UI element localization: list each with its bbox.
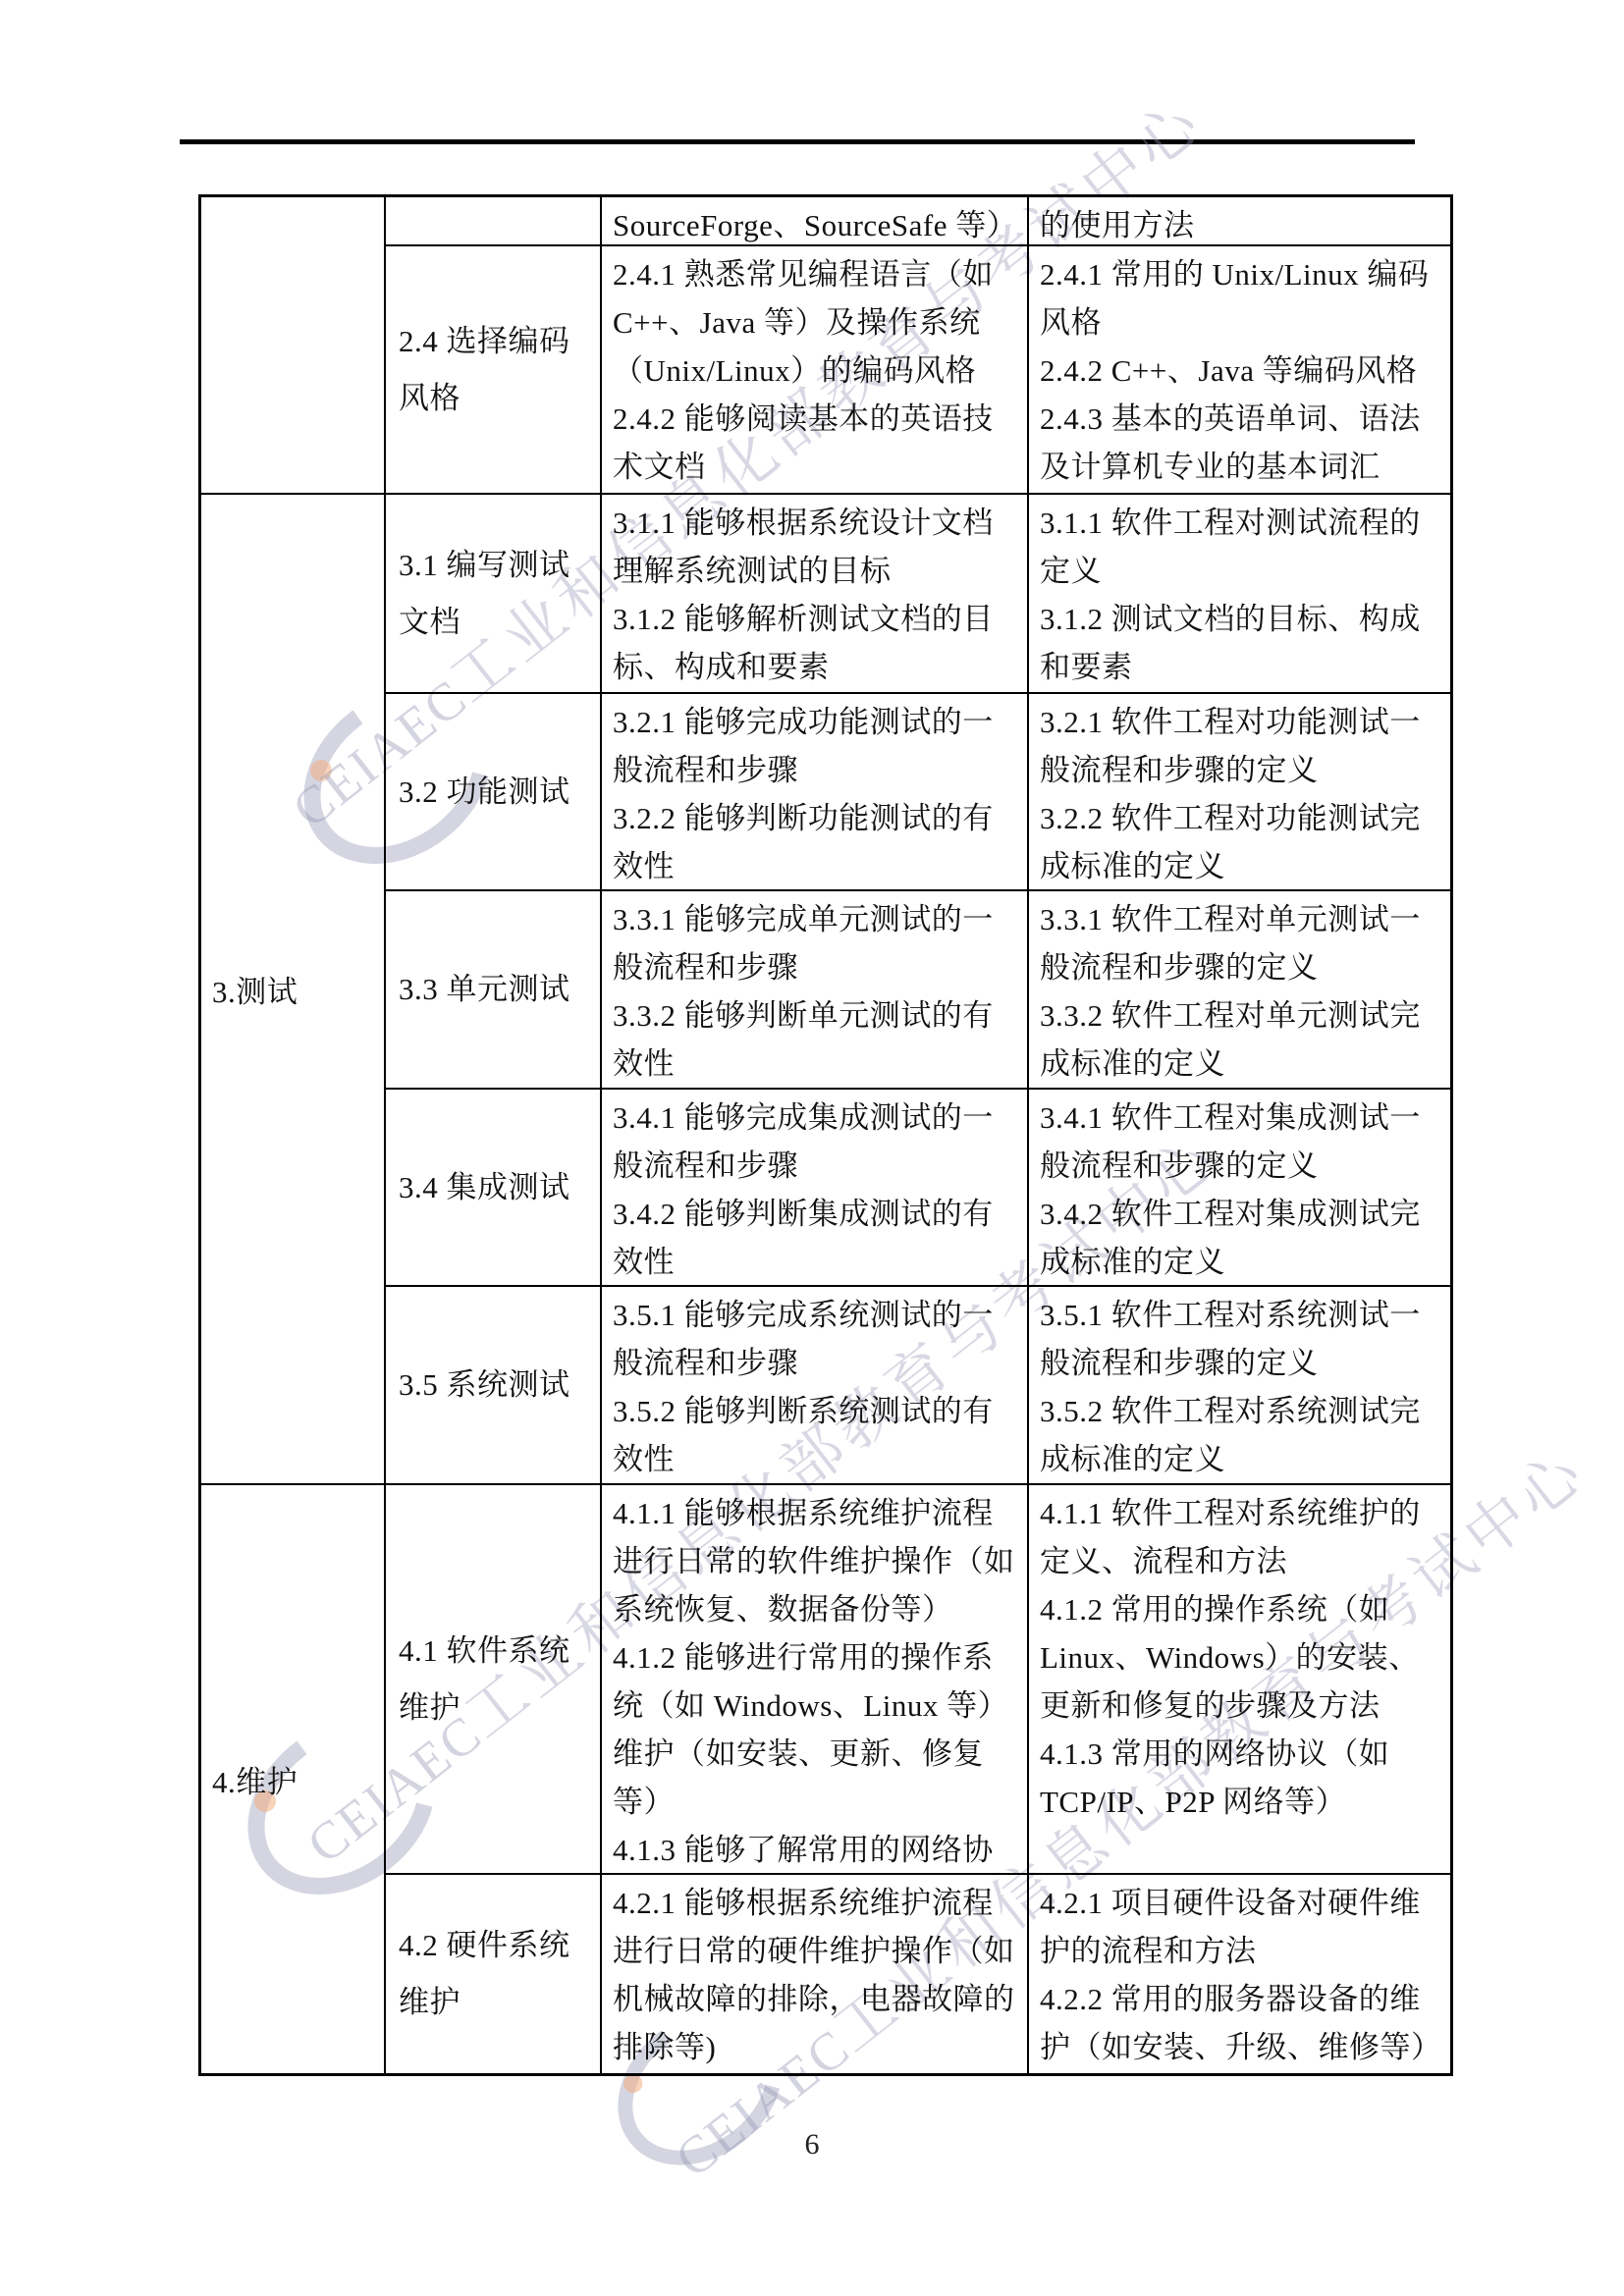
- skill-item: 3.4.2 能够判断集成测试的有效性: [613, 1190, 1019, 1286]
- syllabus-table: 3.测试 4.维护 SourceForge、SourceSafe 等） 的使用方…: [198, 194, 1453, 2076]
- skill-cell: 3.4.1 能够完成集成测试的一般流程和步骤 3.4.2 能够判断集成测试的有效…: [602, 1090, 1029, 1287]
- topic-cell: [386, 197, 602, 246]
- topic-cell: 4.1 软件系统维护: [386, 1485, 602, 1875]
- skill-cell: 4.2.1 能够根据系统维护流程进行日常的硬件维护操作（如机械故障的排除，电器故…: [602, 1875, 1029, 2073]
- skill-item: 3.5.1 能够完成系统测试的一般流程和步骤: [613, 1291, 1019, 1387]
- skill-item: 3.2.2 能够判断功能测试的有效性: [613, 794, 1019, 890]
- knowledge-item: 4.1.3 常用的网络协议（如 TCP/IP、P2P 网络等）: [1040, 1730, 1442, 1826]
- knowledge-item: 3.3.1 软件工程对单元测试一般流程和步骤的定义: [1040, 895, 1442, 991]
- knowledge-cell: 3.2.1 软件工程对功能测试一般流程和步骤的定义 3.2.2 软件工程对功能测…: [1029, 694, 1450, 891]
- knowledge-cell: 3.5.1 软件工程对系统测试一般流程和步骤的定义 3.5.2 软件工程对系统测…: [1029, 1287, 1450, 1485]
- section-cell-testing: 3.测试: [201, 495, 386, 1485]
- section-cell-maintenance: 4.维护: [201, 1485, 386, 2073]
- skill-cell: 3.1.1 能够根据系统设计文档理解系统测试的目标 3.1.2 能够解析测试文档…: [602, 495, 1029, 694]
- knowledge-item: 2.4.2 C++、Java 等编码风格: [1040, 347, 1442, 395]
- skill-item: 2.4.2 能够阅读基本的英语技术文档: [613, 395, 1019, 491]
- knowledge-cell: 3.3.1 软件工程对单元测试一般流程和步骤的定义 3.3.2 软件工程对单元测…: [1029, 891, 1450, 1090]
- knowledge-item: 3.1.2 测试文档的目标、构成和要素: [1040, 595, 1442, 691]
- skill-item: 3.3.2 能够判断单元测试的有效性: [613, 991, 1019, 1088]
- knowledge-item: 4.1.2 常用的操作系统（如 Linux、Windows）的安装、更新和修复的…: [1040, 1585, 1442, 1730]
- knowledge-item: 3.4.1 软件工程对集成测试一般流程和步骤的定义: [1040, 1094, 1442, 1190]
- topic-cell: 3.2 功能测试: [386, 694, 602, 891]
- topic-cell: 3.1 编写测试文档: [386, 495, 602, 694]
- knowledge-cell: 的使用方法: [1029, 197, 1450, 246]
- page-number: 6: [0, 2128, 1624, 2162]
- knowledge-item: 的使用方法: [1040, 201, 1442, 246]
- header-rule: [180, 139, 1415, 144]
- skill-item: 3.3.1 能够完成单元测试的一般流程和步骤: [613, 895, 1019, 991]
- skill-cell: 2.4.1 熟悉常见编程语言（如 C++、Java 等）及操作系统（Unix/L…: [602, 246, 1029, 495]
- skill-item: 3.1.2 能够解析测试文档的目标、构成和要素: [613, 595, 1019, 691]
- knowledge-item: 3.3.2 软件工程对单元测试完成标准的定义: [1040, 991, 1442, 1088]
- skill-cell: 3.5.1 能够完成系统测试的一般流程和步骤 3.5.2 能够判断系统测试的有效…: [602, 1287, 1029, 1485]
- skill-item: 4.1.1 能够根据系统维护流程进行日常的软件维护操作（如系统恢复、数据备份等）: [613, 1489, 1019, 1633]
- knowledge-cell: 4.1.1 软件工程对系统维护的定义、流程和方法 4.1.2 常用的操作系统（如…: [1029, 1485, 1450, 1875]
- skill-item: 3.5.2 能够判断系统测试的有效性: [613, 1387, 1019, 1483]
- skill-cell: 3.3.1 能够完成单元测试的一般流程和步骤 3.3.2 能够判断单元测试的有效…: [602, 891, 1029, 1090]
- skill-cell: SourceForge、SourceSafe 等）: [602, 197, 1029, 246]
- skill-item: 3.4.1 能够完成集成测试的一般流程和步骤: [613, 1094, 1019, 1190]
- knowledge-item: 3.5.2 软件工程对系统测试完成标准的定义: [1040, 1387, 1442, 1483]
- knowledge-item: 3.2.2 软件工程对功能测试完成标准的定义: [1040, 794, 1442, 890]
- knowledge-item: 4.1.1 软件工程对系统维护的定义、流程和方法: [1040, 1489, 1442, 1585]
- skill-item: 4.1.3 能够了解常用的网络协议议: [613, 1826, 1019, 1875]
- knowledge-item: 3.5.1 软件工程对系统测试一般流程和步骤的定义: [1040, 1291, 1442, 1387]
- knowledge-item: 3.1.1 软件工程对测试流程的定义: [1040, 499, 1442, 595]
- knowledge-item: 3.2.1 软件工程对功能测试一般流程和步骤的定义: [1040, 698, 1442, 794]
- knowledge-item: 3.4.2 软件工程对集成测试完成标准的定义: [1040, 1190, 1442, 1286]
- topic-cell: 4.2 硬件系统维护: [386, 1875, 602, 2073]
- knowledge-item: 2.4.1 常用的 Unix/Linux 编码风格: [1040, 250, 1442, 347]
- skill-cell: 3.2.1 能够完成功能测试的一般流程和步骤 3.2.2 能够判断功能测试的有效…: [602, 694, 1029, 891]
- topic-cell: 3.3 单元测试: [386, 891, 602, 1090]
- skill-item: 4.2.1 能够根据系统维护流程进行日常的硬件维护操作（如机械故障的排除，电器故…: [613, 1879, 1019, 2071]
- knowledge-item: 4.2.1 项目硬件设备对硬件维护的流程和方法: [1040, 1879, 1442, 1975]
- section-cell-continuation: [201, 197, 386, 495]
- skill-item: 3.1.1 能够根据系统设计文档理解系统测试的目标: [613, 499, 1019, 595]
- knowledge-cell: 3.4.1 软件工程对集成测试一般流程和步骤的定义 3.4.2 软件工程对集成测…: [1029, 1090, 1450, 1287]
- skill-item: 4.1.2 能够进行常用的操作系统（如 Windows、Linux 等）维护（如…: [613, 1633, 1019, 1826]
- topic-cell: 2.4 选择编码风格: [386, 246, 602, 495]
- knowledge-cell: 2.4.1 常用的 Unix/Linux 编码风格 2.4.2 C++、Java…: [1029, 246, 1450, 495]
- skill-item: SourceForge、SourceSafe 等）: [613, 201, 1019, 246]
- skill-item: 2.4.1 熟悉常见编程语言（如 C++、Java 等）及操作系统（Unix/L…: [613, 250, 1019, 395]
- knowledge-item: 4.2.2 常用的服务器设备的维护（如安装、升级、维修等）: [1040, 1975, 1442, 2071]
- knowledge-item: 2.4.3 基本的英语单词、语法及计算机专业的基本词汇: [1040, 395, 1442, 491]
- skill-item: 3.2.1 能够完成功能测试的一般流程和步骤: [613, 698, 1019, 794]
- topic-cell: 3.4 集成测试: [386, 1090, 602, 1287]
- skill-cell: 4.1.1 能够根据系统维护流程进行日常的软件维护操作（如系统恢复、数据备份等）…: [602, 1485, 1029, 1875]
- knowledge-cell: 4.2.1 项目硬件设备对硬件维护的流程和方法 4.2.2 常用的服务器设备的维…: [1029, 1875, 1450, 2073]
- topic-cell: 3.5 系统测试: [386, 1287, 602, 1485]
- knowledge-cell: 3.1.1 软件工程对测试流程的定义 3.1.2 测试文档的目标、构成和要素: [1029, 495, 1450, 694]
